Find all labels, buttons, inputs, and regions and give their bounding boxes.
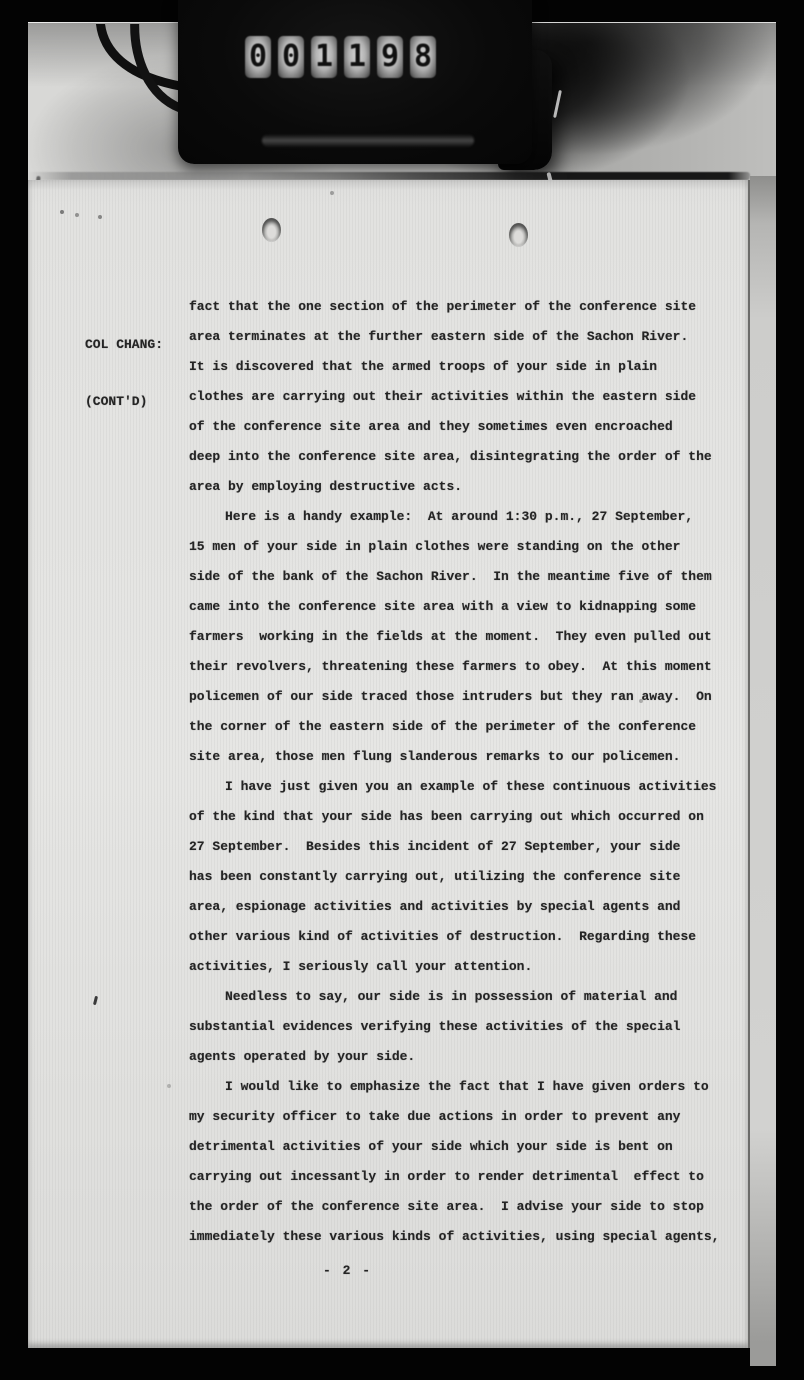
punch-hole-right — [509, 223, 528, 247]
paragraph-2-line-9: site area, those men flung slanderous re… — [189, 742, 754, 772]
paragraph-2-line-8: the corner of the eastern side of the pe… — [189, 712, 754, 742]
paragraph-4-line-1: Needless to say, our side is in possessi… — [189, 982, 754, 1012]
counter-slot — [262, 134, 474, 147]
counter-digit-window: 1 — [311, 36, 337, 78]
counter-digit-window: 0 — [245, 36, 271, 78]
counter-digit-window: 8 — [410, 36, 436, 78]
paragraph-1-line-6: deep into the conference site area, disi… — [189, 442, 754, 472]
paragraph-3-line-2: of the kind that your side has been carr… — [189, 802, 754, 832]
document-page: COL CHANG: (CONT'D) fact that the one se… — [28, 180, 750, 1348]
speaker-name: COL CHANG: — [85, 335, 163, 354]
stray-ink-mark — [93, 996, 98, 1005]
paragraph-1-line-1: fact that the one section of the perimet… — [189, 292, 754, 322]
paragraph-3-line-5: area, espionage activities and activitie… — [189, 892, 754, 922]
paragraph-1-line-7: area by employing destructive acts. — [189, 472, 754, 502]
frame-counter-device: 0 0 1 1 9 8 — [178, 0, 532, 164]
document-body: fact that the one section of the perimet… — [189, 292, 754, 1252]
counter-digit-window: 0 — [278, 36, 304, 78]
paragraph-2-line-2: 15 men of your side in plain clothes wer… — [189, 532, 754, 562]
paragraph-1-line-5: of the conference site area and they som… — [189, 412, 754, 442]
paragraph-5-line-5: the order of the conference site area. I… — [189, 1192, 754, 1222]
speaker-contd: (CONT'D) — [85, 392, 163, 411]
paragraph-2-line-6: their revolvers, threatening these farme… — [189, 652, 754, 682]
paragraph-5-line-2: my security officer to take due actions … — [189, 1102, 754, 1132]
counter-digit: 9 — [381, 42, 399, 72]
microfilm-photo-frame: 0 0 1 1 9 8 COL CHANG: (CONT'D) fact tha… — [0, 0, 804, 1380]
paragraph-1-line-2: area terminates at the further eastern s… — [189, 322, 754, 352]
paragraph-3-line-7: activities, I seriously call your attent… — [189, 952, 754, 982]
counter-digit-window: 9 — [377, 36, 403, 78]
paragraph-2-line-7: policemen of our side traced those intru… — [189, 682, 754, 712]
counter-digit-row: 0 0 1 1 9 8 — [245, 36, 436, 78]
paragraph-3-line-3: 27 September. Besides this incident of 2… — [189, 832, 754, 862]
paragraph-5-line-6: immediately these various kinds of activ… — [189, 1222, 754, 1252]
paragraph-3-line-4: has been constantly carrying out, utiliz… — [189, 862, 754, 892]
paragraph-2-line-4: came into the conference site area with … — [189, 592, 754, 622]
paragraph-2-line-1: Here is a handy example: At around 1:30 … — [189, 502, 754, 532]
paragraph-1-line-4: clothes are carrying out their activitie… — [189, 382, 754, 412]
dust-specks — [28, 180, 30, 182]
paragraph-5-line-3: detrimental activities of your side whic… — [189, 1132, 754, 1162]
paragraph-5-line-4: carrying out incessantly in order to ren… — [189, 1162, 754, 1192]
counter-digit: 0 — [249, 42, 267, 72]
paragraph-5-line-1: I would like to emphasize the fact that … — [189, 1072, 754, 1102]
counter-digit: 1 — [348, 42, 366, 72]
paragraph-3-line-1: I have just given you an example of thes… — [189, 772, 754, 802]
paragraph-1-line-3: It is discovered that the armed troops o… — [189, 352, 754, 382]
paragraph-4-line-3: agents operated by your side. — [189, 1042, 754, 1072]
counter-digit: 0 — [282, 42, 300, 72]
page-top-edge-shadow — [28, 172, 750, 180]
counter-digit: 1 — [315, 42, 333, 72]
paragraph-2-line-3: side of the bank of the Sachon River. In… — [189, 562, 754, 592]
counter-digit: 8 — [414, 42, 432, 72]
paragraph-4-line-2: substantial evidences verifying these ac… — [189, 1012, 754, 1042]
counter-digit-window: 1 — [344, 36, 370, 78]
speaker-label: COL CHANG: (CONT'D) — [85, 297, 163, 449]
page-number: - 2 - — [323, 1256, 372, 1286]
paragraph-2-line-5: farmers working in the fields at the mom… — [189, 622, 754, 652]
paragraph-3-line-6: other various kind of activities of dest… — [189, 922, 754, 952]
punch-hole-left — [262, 218, 281, 242]
